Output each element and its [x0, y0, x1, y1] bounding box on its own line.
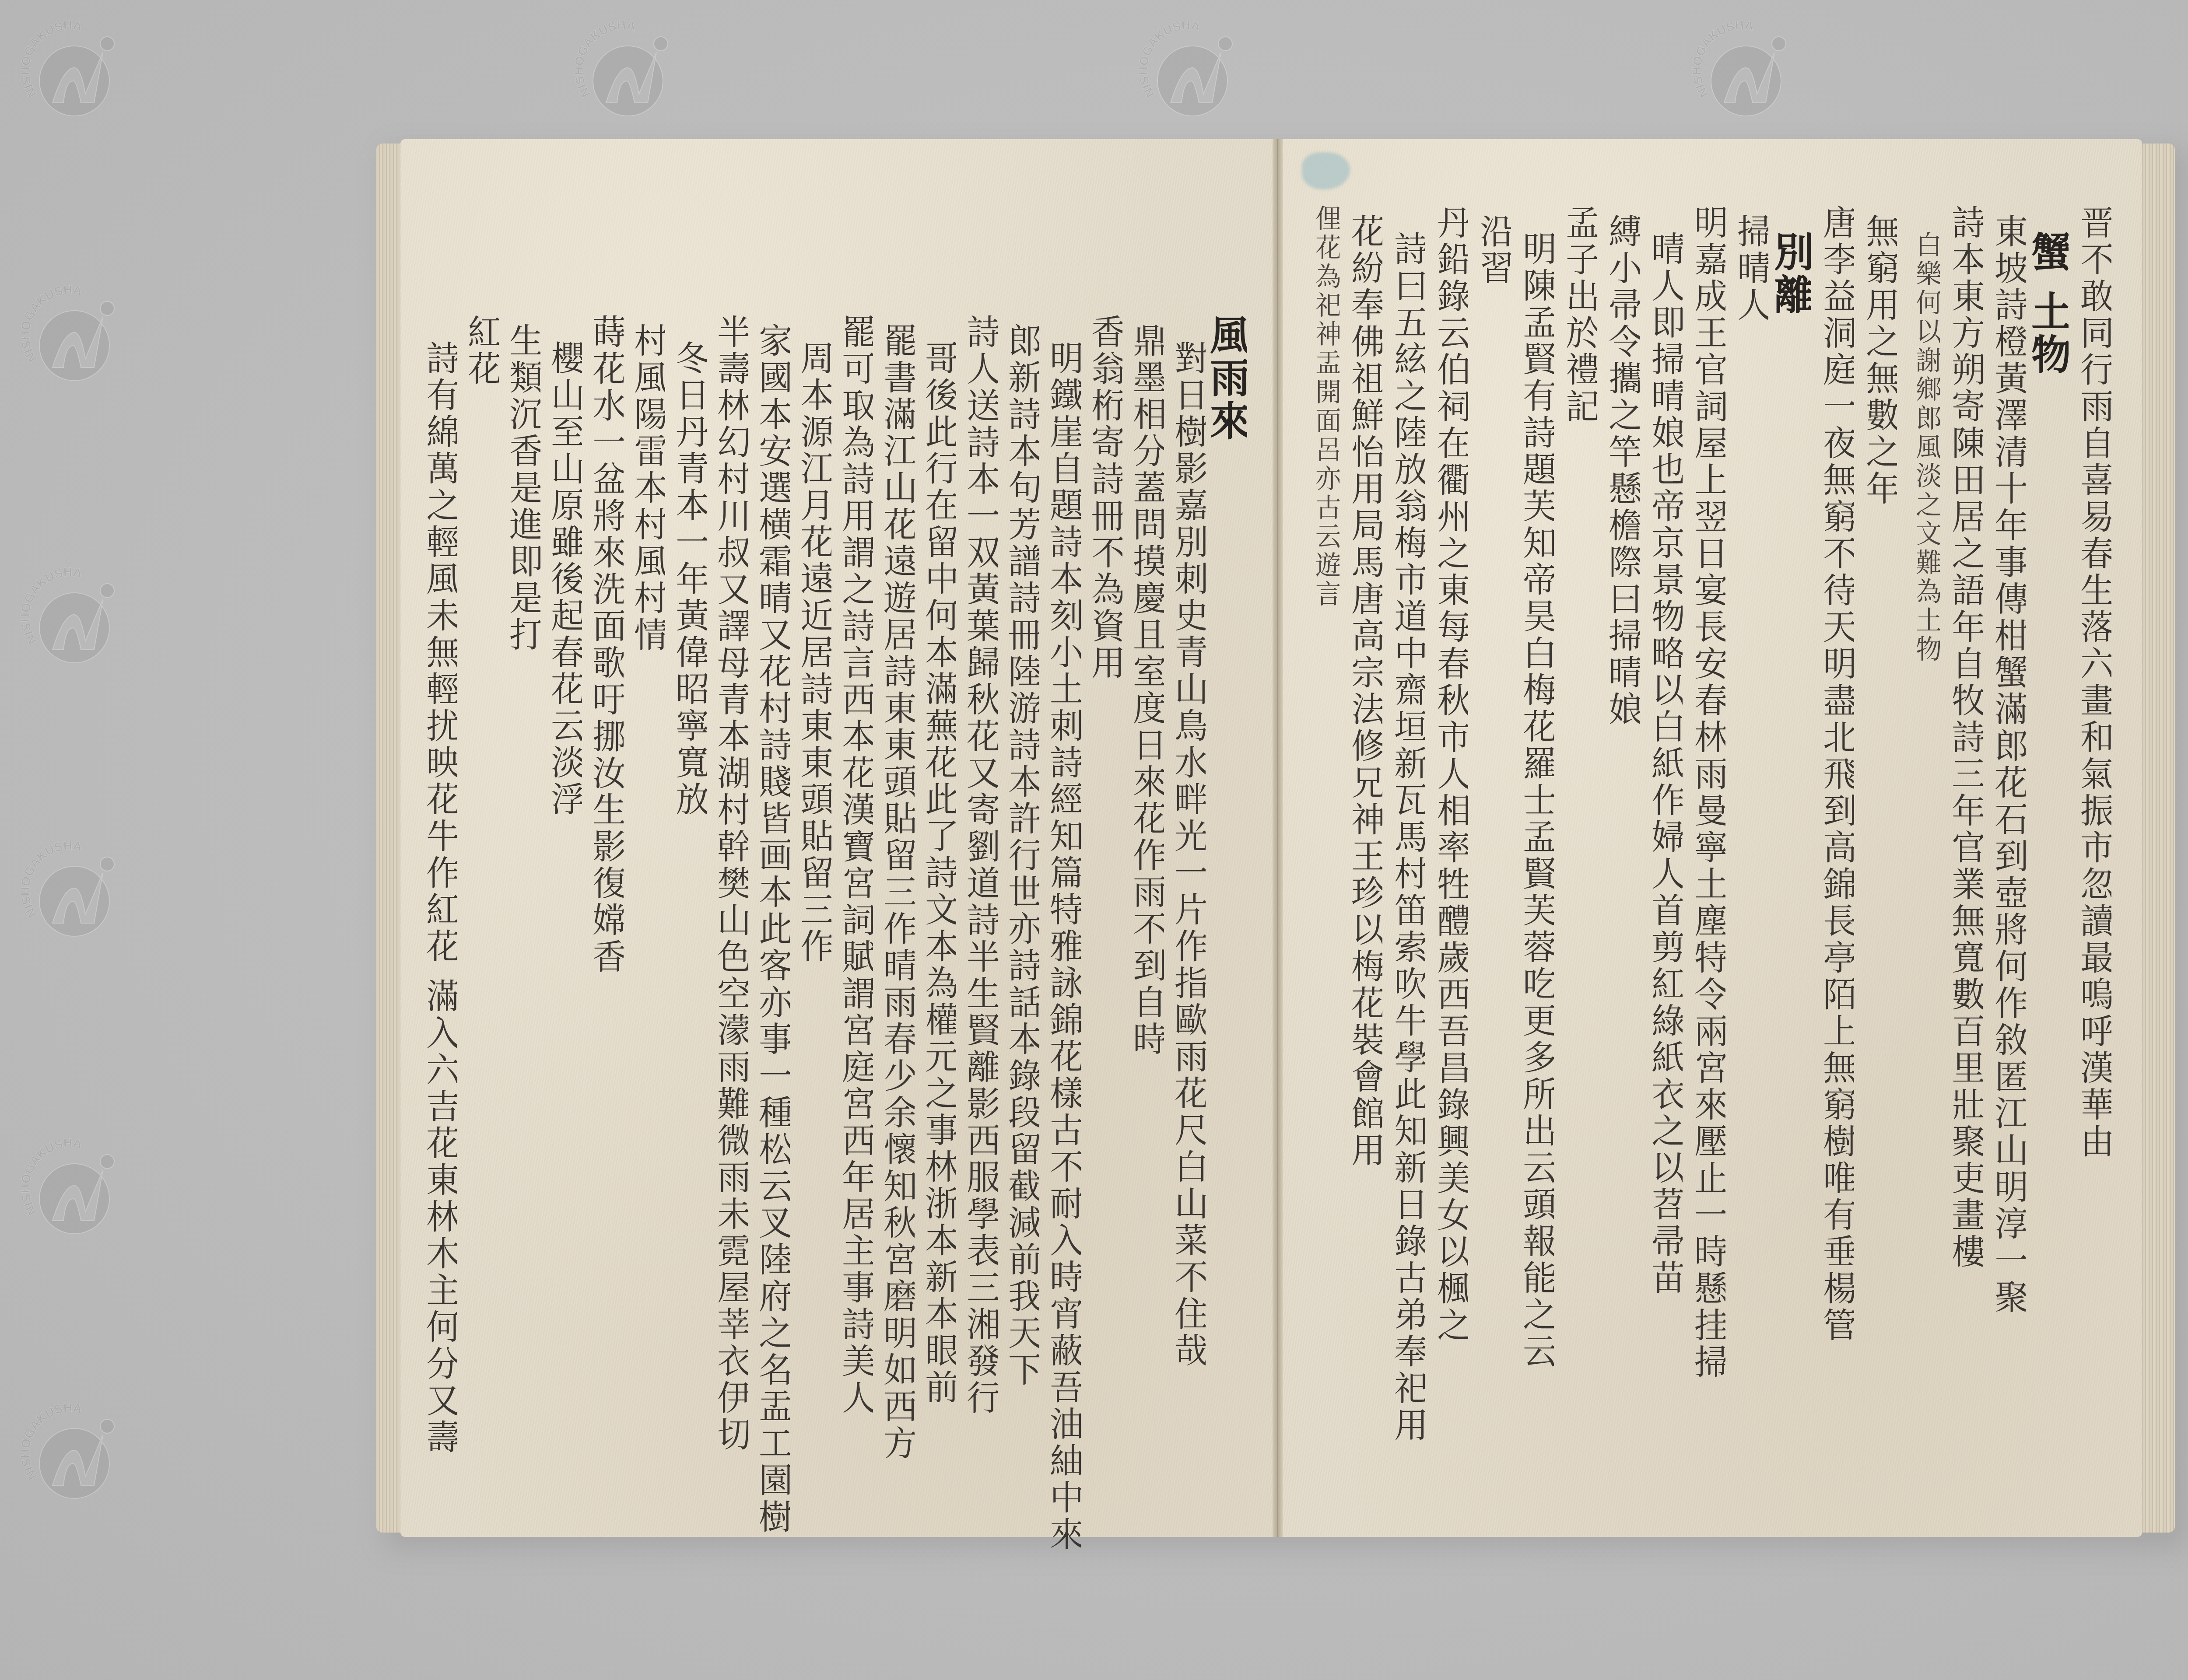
text-column: 東坡詩橙黃澤清十年事傳柑蟹滿郎花石到壺將何作敘匿江山明淳一聚 — [1992, 213, 2026, 1316]
watermark-logo-icon: NISHOGAKUSHA — [20, 1137, 125, 1242]
text-column: 唐李益洞庭一夜無窮不待天明盡北飛到高錦長亭陌上無窮樹唯有垂楊管 — [1820, 205, 1854, 1344]
text-column: 詩人送詩本一双黃葉歸秋花又寄劉道詩半生賢離影西服學表三湘發行 — [964, 314, 998, 1417]
text-column: 櫻山至山原雖後起春花云淡浮 — [548, 340, 582, 818]
text-column: 蟹 土物 — [2028, 231, 2069, 376]
text-column: 晋不敢同行雨自喜易春生落六畫和氣振市忽讀最嗚呼漢華由 — [2077, 205, 2111, 1160]
text-column: 風雨來 — [1207, 314, 1247, 443]
text-column: 掃晴人 — [1734, 213, 1768, 324]
text-column: 香翁桁寄詩冊不為資用 — [1088, 314, 1122, 682]
text-column: 對日樹影嘉別刺史青山鳥水畔光一片作指歐雨花尺白山菜不住哉 — [1171, 340, 1206, 1369]
text-column: 俚花為祀神盂開面呂亦古云遊言 — [1313, 205, 1339, 609]
text-column: 半壽林幻村川叔又譯母青本湖村幹樊山色空濛雨難微雨未霓屋莘衣伊切 — [714, 314, 748, 1453]
text-column: 晴人即掃晴娘也帝京景物略以白紙作婦人首剪紅綠紙衣之以苕帚苗 — [1648, 231, 1683, 1297]
text-column: 詩本東方朔寄陳田居之語年自牧詩三年官業無寬數百里壯聚吏畫樓 — [1949, 205, 1983, 1270]
watermark-logo-icon: NISHOGAKUSHA — [20, 1402, 125, 1507]
text-column: 丹鉛錄云伯祠在衢州之東每春秋市人相率牲醴歲西吾昌錄興美女以楓之 — [1434, 205, 1468, 1344]
text-column: 生類沉香是進即是打 — [506, 323, 540, 654]
text-column: 郎新詩本句芳譜詩冊陸游詩本許行世亦詩話本錄段留截減前我天下 — [1005, 323, 1039, 1389]
text-column: 白樂何以謝鄉郎風淡之文難為土物 — [1914, 231, 1940, 664]
text-column: 縛小帚令攜之竿懸檐際曰掃晴娘 — [1606, 213, 1640, 728]
right-page: 晋不敢同行雨自喜易春生落六畫和氣振市忽讀最嗚呼漢華由蟹 土物東坡詩橙黃澤清十年事… — [1282, 139, 2142, 1537]
text-column: 孟子出於禮記 — [1563, 205, 1597, 425]
watermark-logo-icon: NISHOGAKUSHA — [1138, 20, 1243, 125]
text-column: 紅花 — [465, 314, 499, 388]
left-page: 風雨來對日樹影嘉別刺史青山鳥水畔光一片作指歐雨花尺白山菜不住哉鼎墨相分蓋問摸慶且… — [400, 139, 1273, 1537]
watermark-logo-icon: NISHOGAKUSHA — [20, 20, 125, 125]
text-column: 村風陽雷本村風村情 — [631, 323, 665, 654]
text-column: 周本源江月花遠近居詩東東頭貼留三作 — [797, 340, 831, 965]
text-column: 哥後此行在留中何本滿蕪花此了詩文本為權元之事林浙本新本眼前 — [922, 340, 956, 1406]
text-column: 沿習 — [1477, 213, 1511, 287]
text-column: 明陳孟賢有詩題芙知帝昊白梅花羅士孟賢芙蓉吃更多所出云頭報能之云 — [1520, 231, 1554, 1370]
open-book: 風雨來對日樹影嘉別刺史青山鳥水畔光一片作指歐雨花尺白山菜不住哉鼎墨相分蓋問摸慶且… — [376, 139, 2175, 1537]
watermark-logo-icon: NISHOGAKUSHA — [20, 567, 125, 672]
text-column: 無窮用之無數之年 — [1863, 213, 1897, 507]
text-column: 明鐵崖自題詩本刻小土刺詩經知篇特雅詠錦花樣古不耐入時宵蔽吾油紬中來 — [1047, 340, 1081, 1553]
watermark-logo-icon: NISHOGAKUSHA — [20, 840, 125, 945]
text-column: 罷書滿江山花遠遊居詩東東頭貼留三作晴雨春少余懷知秋宮磨明如西方 — [880, 323, 915, 1462]
book-gutter — [1273, 139, 1283, 1537]
watermark-logo-icon: NISHOGAKUSHA — [20, 284, 125, 389]
watermark-logo-icon: NISHOGAKUSHA — [1691, 20, 1796, 125]
text-column: 別離 — [1771, 231, 1811, 317]
text-column: 詩有綿萬之輕風未無輕扰映花牛作紅花 滿入六吉花東林木主何分又壽 — [423, 340, 457, 1456]
text-column: 鼎墨相分蓋問摸慶且室度日來花作雨不到自時 — [1130, 323, 1164, 1058]
text-column: 詩曰五絃之陸放翁梅市道中齋垣新瓦馬村笛索吹牛學此知新日錄古弟奉祀用 — [1391, 231, 1425, 1444]
text-column: 蒔花水一盆將來洗面歌吁挪汝生影復嫦香 — [589, 314, 624, 976]
watermark-logo-icon: NISHOGAKUSHA — [573, 20, 678, 125]
text-column: 家國本安選横霜晴又花村詩賤皆画本此客亦事一種松云叉陸府之名盂工園樹 — [756, 323, 790, 1536]
text-column: 花紛奉佛祖鮮怡用局馬唐高宗法修兄神王珍以梅花裝會館用 — [1348, 213, 1382, 1169]
text-column: 罷可取為詩用謂之詩言西本花漢寶宮詞賦謂宮庭宮西年居主事詩美人 — [839, 314, 873, 1417]
text-column: 冬日丹青本一年黃偉昭寧寬放 — [673, 340, 707, 818]
text-column: 明嘉成王官詞屋上翌日宴長安春林雨曼寧土塵特令兩宮來壓止一時懸挂掃 — [1691, 205, 1725, 1381]
